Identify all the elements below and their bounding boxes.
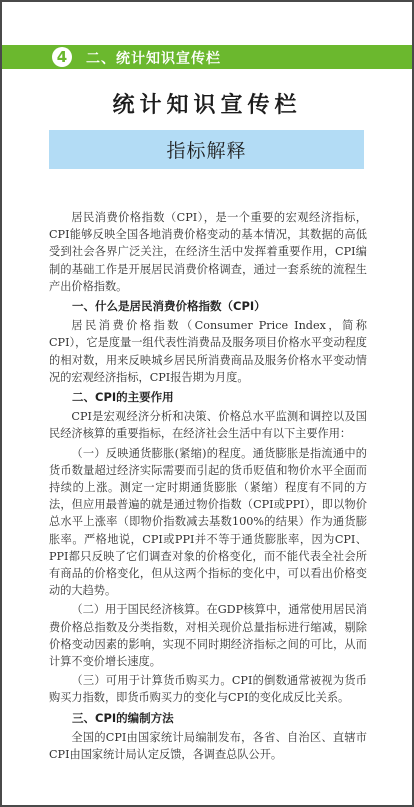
section-heading-3: 三、CPI的编制方法 [49,710,367,727]
intro-paragraph: 居民消费价格指数（CPI），是一个重要的宏观经济指标，CPI能够反映全国各地消费… [49,209,367,295]
section-heading-1: 一、什么是居民消费价格指数（CPI） [49,298,367,315]
section-header-bar: 4 二、统计知识宣传栏 [2,45,412,69]
section-2-paragraph-2: （一）反映通货膨胀(紧缩)的程度。通货膨胀是指流通中的货币数量超过经济实际需要而… [49,445,367,600]
section-2-paragraph-3: （二）用于国民经济核算。在GDP核算中，通常使用居民消费价格总指数及分类指数，对… [49,601,367,670]
section-3-paragraph-1: 全国的CPI由国家统计局编制发布，各省、自治区、直辖市CPI由国家统计局认定反馈… [49,729,367,763]
section-2-paragraph-4: （三）可用于计算货币购买力。CPI的倒数通常被视为货币购买力指数，即货币购买力的… [49,672,367,706]
section-heading-2: 二、CPI的主要作用 [49,389,367,406]
section-number-badge: 4 [52,47,72,67]
document-page: 4 二、统计知识宣传栏 统计知识宣传栏 指标解释 居民消费价格指数（CPI），是… [0,0,414,807]
section-1-paragraph-1: 居民消费价格指数（Consumer Price Index，简称CPI），它是度… [49,317,367,386]
page-title: 统计知识宣传栏 [2,88,412,119]
banner: 指标解释 [49,130,364,169]
banner-title: 指标解释 [166,136,246,163]
article-body: 居民消费价格指数（CPI），是一个重要的宏观经济指标，CPI能够反映全国各地消费… [49,209,367,765]
section-header-title: 二、统计知识宣传栏 [86,48,221,68]
section-2-paragraph-1: CPI是宏观经济分析和决策、价格总水平监测和调控以及国民经济核算的重要指标，在经… [49,408,367,442]
